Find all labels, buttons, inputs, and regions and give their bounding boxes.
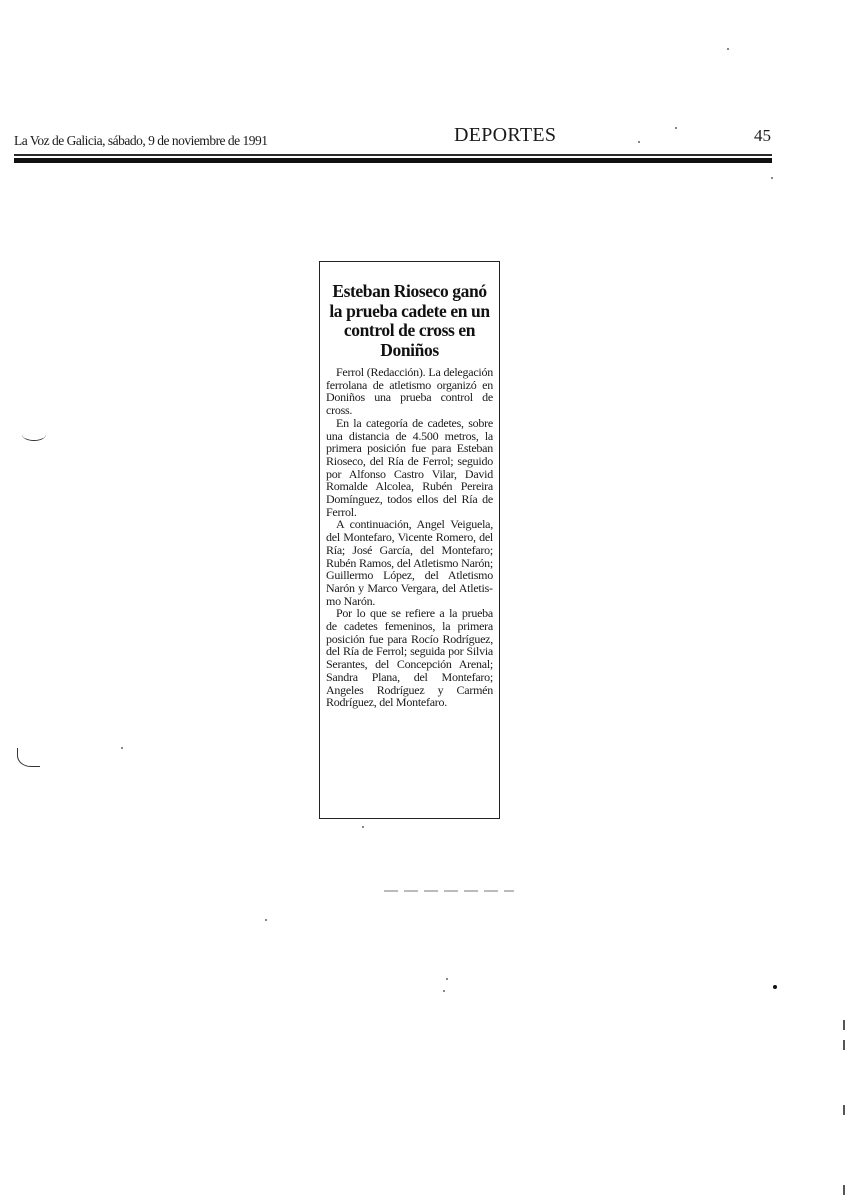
header-rule-thin: [14, 154, 772, 156]
scan-mark-speck: [771, 177, 773, 179]
article-box: Esteban Rioseco ganó la prueba cadete en…: [319, 261, 500, 819]
scan-mark-speck: [727, 48, 729, 50]
scan-mark-speck: [362, 826, 364, 828]
scan-mark-speck: [843, 1040, 845, 1050]
header-rule-thick: [14, 158, 772, 163]
scan-mark-speck: [675, 127, 677, 129]
section-title: DEPORTES: [454, 124, 556, 147]
scan-mark-dot: [773, 985, 777, 989]
article-paragraph: En la categoría de cadetes, sobre una di…: [326, 417, 493, 519]
scan-mark-arc: [17, 748, 40, 767]
scan-mark-arc: [22, 428, 46, 441]
article-paragraph: A continuación, Angel Veiguela, del Mont…: [326, 518, 493, 607]
scan-mark-speck: [843, 1185, 845, 1195]
scan-mark-speck: [121, 747, 123, 749]
scan-mark-speck: [843, 1105, 845, 1115]
article-body: Ferrol (Redacción). La delegación ferrol…: [326, 366, 493, 709]
article-paragraph: Por lo que se refiere a la prueba de cad…: [326, 607, 493, 709]
page-header: La Voz de Galicia, sábado, 9 de noviembr…: [14, 0, 756, 200]
page-number: 45: [754, 126, 771, 146]
article-headline: Esteban Rioseco ganó la prueba cadete en…: [326, 282, 493, 360]
scan-mark-speck: [265, 919, 267, 921]
publication-date: La Voz de Galicia, sábado, 9 de noviembr…: [14, 133, 268, 149]
scan-mark-speck: [446, 978, 448, 980]
scan-mark-speck: [843, 1020, 845, 1030]
scan-mark-speck: [638, 141, 640, 143]
scan-mark-dashes: [384, 890, 514, 892]
article-paragraph: Ferrol (Redacción). La delegación ferrol…: [326, 366, 493, 417]
scan-mark-speck: [443, 990, 445, 992]
